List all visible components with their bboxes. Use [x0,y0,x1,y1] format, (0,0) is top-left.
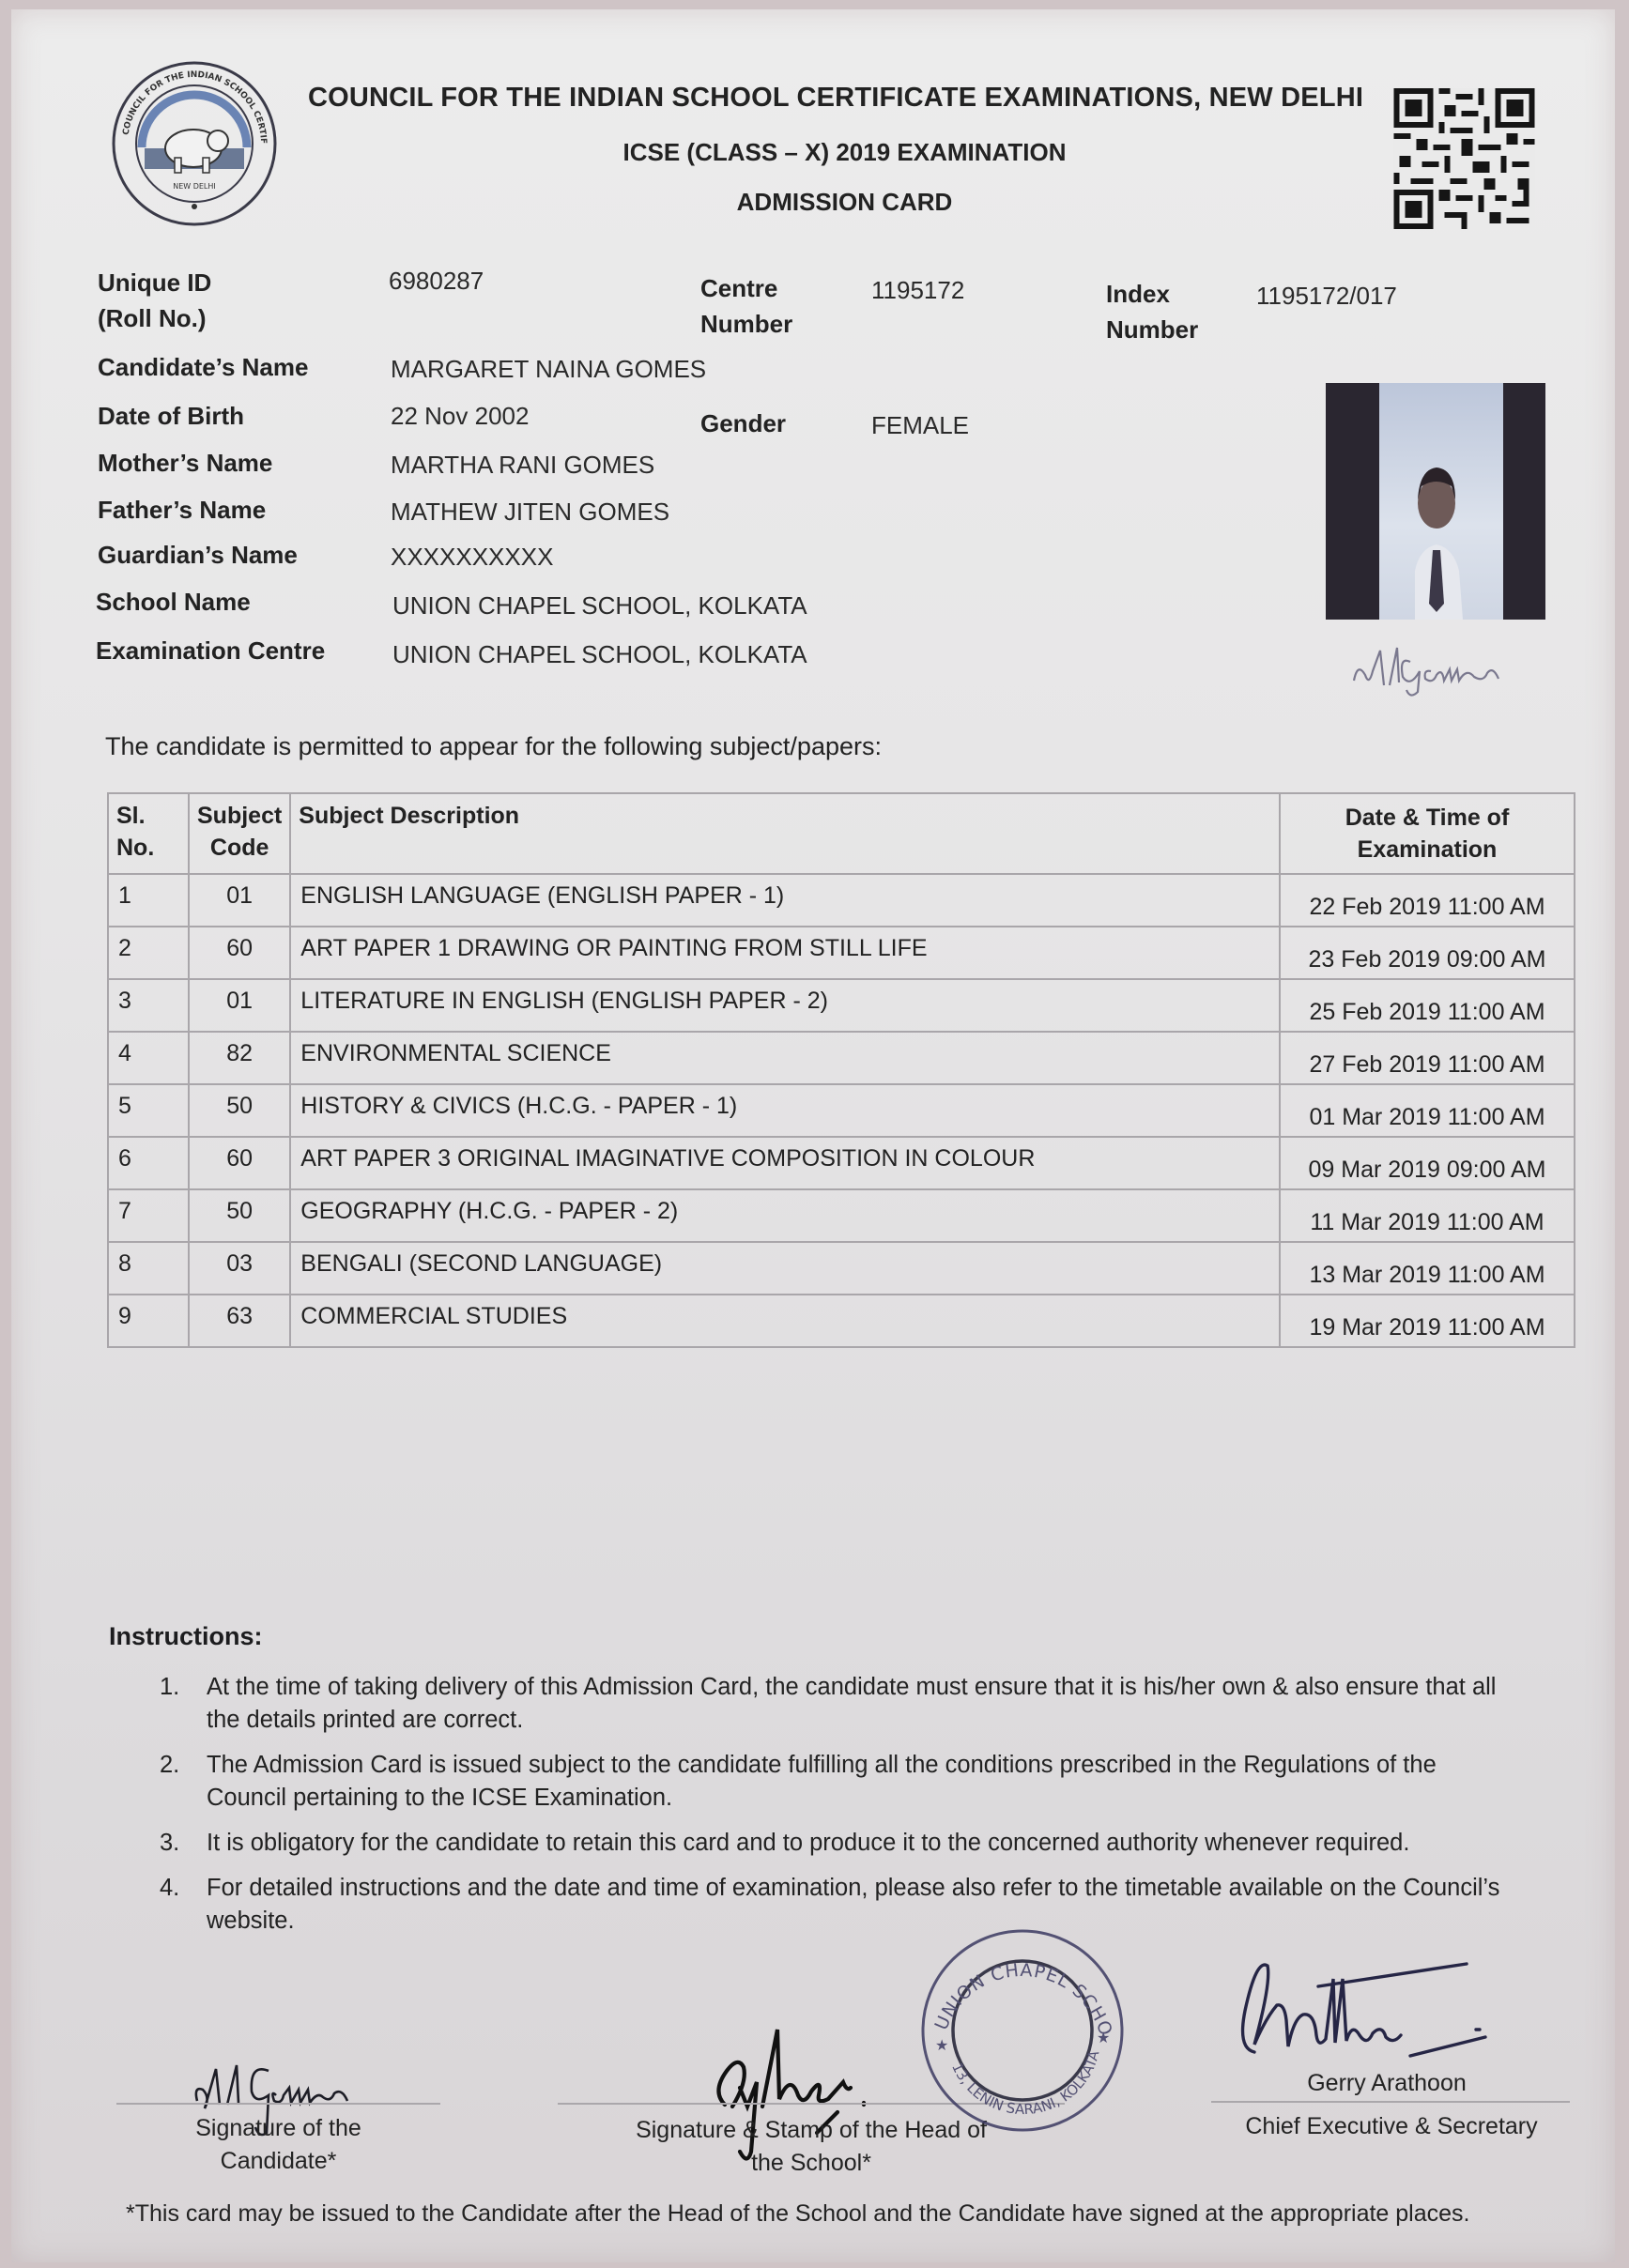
exam-title: ICSE (CLASS – X) 2019 EXAMINATION [11,138,1629,167]
instruction-item: 1.At the time of taking delivery of this… [160,1671,1521,1737]
subject-description-cell: ENGLISH LANGUAGE (ENGLISH PAPER - 1) [290,874,1280,927]
exam-centre-label: Examination Centre [96,633,325,668]
father-name-label: Father’s Name [98,492,266,528]
school-stamp-icon: UNION CHAPEL SCHOOL 13, LENIN SARANI, KO… [914,1923,1130,2138]
sl-no-cell: 3 [108,979,189,1032]
subject-description-cell: HISTORY & CIVICS (H.C.G. - PAPER - 1) [290,1084,1280,1137]
subject-code-cell: 50 [189,1084,290,1137]
instruction-item: 2.The Admission Card is issued subject t… [160,1749,1521,1815]
subject-code-cell: 82 [189,1032,290,1084]
svg-text:UNION CHAPEL SCHOOL: UNION CHAPEL SCHOOL [914,1923,1116,2039]
index-number-value: 1195172/017 [1256,278,1397,314]
father-name-value: MATHEW JITEN GOMES [391,494,669,529]
subject-description-cell: GEOGRAPHY (H.C.G. - PAPER - 2) [290,1189,1280,1242]
header-subject-description: Subject Description [290,793,1280,874]
instruction-item: 4.For detailed instructions and the date… [160,1872,1521,1938]
footnote: *This card may be issued to the Candidat… [126,2200,1469,2228]
exam-date-cell: 25 Feb 2019 11:00 AM [1280,979,1575,1032]
unique-id-value: 6980287 [389,263,484,299]
index-number-label: Index Number [1106,276,1198,347]
council-title: COUNCIL FOR THE INDIAN SCHOOL CERTIFICAT… [308,83,1363,114]
header-date-time: Date & Time ofExamination [1280,793,1575,874]
table-row: 260ART PAPER 1 DRAWING OR PAINTING FROM … [108,927,1575,979]
exam-date-cell: 22 Feb 2019 11:00 AM [1280,874,1575,927]
mother-name-label: Mother’s Name [98,445,272,481]
sl-no-cell: 5 [108,1084,189,1137]
unique-id-label: Unique ID (Roll No.) [98,265,211,336]
dob-label: Date of Birth [98,398,244,434]
exam-date-cell: 23 Feb 2019 09:00 AM [1280,927,1575,979]
candidate-name-value: MARGARET NAINA GOMES [391,351,706,387]
guardian-name-label: Guardian’s Name [98,537,298,573]
instructions-list: 1.At the time of taking delivery of this… [160,1671,1521,1950]
subject-code-cell: 01 [189,874,290,927]
permission-statement: The candidate is permitted to appear for… [105,732,882,761]
table-row: 301LITERATURE IN ENGLISH (ENGLISH PAPER … [108,979,1575,1032]
candidate-name-label: Candidate’s Name [98,349,308,385]
svg-text:★: ★ [1097,2030,1110,2046]
guardian-name-value: XXXXXXXXXX [391,539,553,575]
photo-signature [1345,634,1542,699]
dob-value: 22 Nov 2002 [391,398,529,434]
subject-code-cell: 60 [189,927,290,979]
exam-date-cell: 19 Mar 2019 11:00 AM [1280,1295,1575,1347]
exam-date-cell: 27 Feb 2019 11:00 AM [1280,1032,1575,1084]
header-sl-no: Sl.No. [108,793,189,874]
secretary-signature-line [1211,2101,1570,2103]
subject-description-cell: ART PAPER 1 DRAWING OR PAINTING FROM STI… [290,927,1280,979]
subject-description-cell: LITERATURE IN ENGLISH (ENGLISH PAPER - 2… [290,979,1280,1032]
subjects-table: Sl.No. SubjectCode Subject Description D… [107,792,1575,1348]
table-row: 482ENVIRONMENTAL SCIENCE27 Feb 2019 11:0… [108,1032,1575,1084]
school-name-label: School Name [96,584,251,620]
subject-description-cell: BENGALI (SECOND LANGUAGE) [290,1242,1280,1295]
exam-date-cell: 09 Mar 2019 09:00 AM [1280,1137,1575,1189]
subject-description-cell: ART PAPER 3 ORIGINAL IMAGINATIVE COMPOSI… [290,1137,1280,1189]
instruction-number: 4. [160,1872,207,1938]
sl-no-cell: 6 [108,1137,189,1189]
secretary-signature [1232,1945,1532,2067]
table-row: 803BENGALI (SECOND LANGUAGE)13 Mar 2019 … [108,1242,1575,1295]
exam-date-cell: 11 Mar 2019 11:00 AM [1280,1189,1575,1242]
instruction-text: For detailed instructions and the date a… [207,1872,1521,1938]
candidate-photo [1326,383,1545,620]
instruction-text: At the time of taking delivery of this A… [207,1671,1521,1737]
sl-no-cell: 9 [108,1295,189,1347]
table-row: 963COMMERCIAL STUDIES19 Mar 2019 11:00 A… [108,1295,1575,1347]
gender-value: FEMALE [871,407,969,443]
subject-description-cell: COMMERCIAL STUDIES [290,1295,1280,1347]
candidate-signature-caption: Signature of the Candidate* [154,2112,403,2178]
table-row: 750GEOGRAPHY (H.C.G. - PAPER - 2)11 Mar … [108,1189,1575,1242]
sl-no-cell: 4 [108,1032,189,1084]
subject-description-cell: ENVIRONMENTAL SCIENCE [290,1032,1280,1084]
subject-code-cell: 60 [189,1137,290,1189]
exam-date-cell: 13 Mar 2019 11:00 AM [1280,1242,1575,1295]
gender-label: Gender [700,406,786,441]
card-title: ADMISSION CARD [11,188,1629,217]
table-row: 550HISTORY & CIVICS (H.C.G. - PAPER - 1)… [108,1084,1575,1137]
instructions-title: Instructions: [109,1622,263,1651]
instruction-text: The Admission Card is issued subject to … [207,1749,1521,1815]
sl-no-cell: 1 [108,874,189,927]
secretary-title: Chief Executive & Secretary [1222,2110,1560,2143]
instruction-number: 2. [160,1749,207,1815]
centre-number-label: Centre Number [700,270,792,342]
table-header-row: Sl.No. SubjectCode Subject Description D… [108,793,1575,874]
candidate-signature-line [116,2103,440,2105]
header-subject-code: SubjectCode [189,793,290,874]
exam-centre-value: UNION CHAPEL SCHOOL, KOLKATA [392,636,807,672]
subject-code-cell: 01 [189,979,290,1032]
table-row: 660ART PAPER 3 ORIGINAL IMAGINATIVE COMP… [108,1137,1575,1189]
instruction-item: 3.It is obligatory for the candidate to … [160,1827,1521,1860]
instruction-text: It is obligatory for the candidate to re… [207,1827,1409,1860]
sl-no-cell: 2 [108,927,189,979]
centre-number-value: 1195172 [871,272,964,308]
school-name-value: UNION CHAPEL SCHOOL, KOLKATA [392,588,807,623]
instruction-number: 3. [160,1827,207,1860]
sl-no-cell: 8 [108,1242,189,1295]
qr-code-icon [1391,88,1537,229]
table-row: 101ENGLISH LANGUAGE (ENGLISH PAPER - 1)2… [108,874,1575,927]
subject-code-cell: 03 [189,1242,290,1295]
mother-name-value: MARTHA RANI GOMES [391,447,654,483]
instruction-number: 1. [160,1671,207,1737]
svg-text:★: ★ [935,2038,948,2054]
secretary-name: Gerry Arathoon [1269,2067,1504,2100]
subject-code-cell: 63 [189,1295,290,1347]
sl-no-cell: 7 [108,1189,189,1242]
admission-card-sheet: NEW DELHI COUNCIL FOR THE INDIAN SCHOOL … [11,9,1615,2262]
exam-date-cell: 01 Mar 2019 11:00 AM [1280,1084,1575,1137]
subject-code-cell: 50 [189,1189,290,1242]
